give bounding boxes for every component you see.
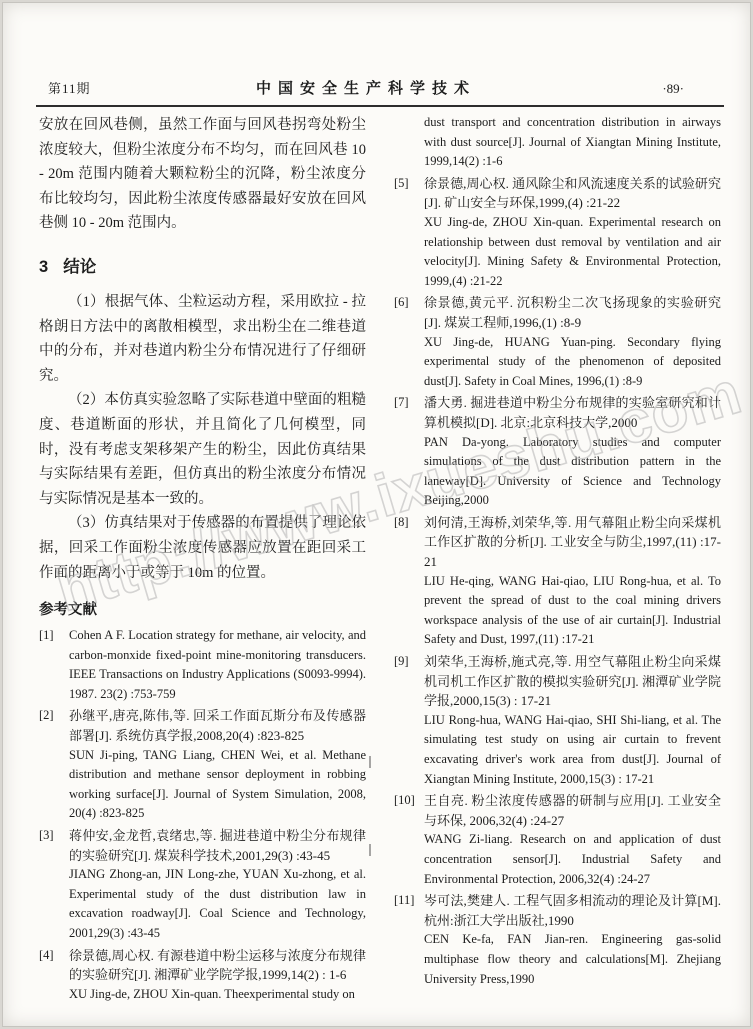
right-column: dust transport and concentration distrib… [394,113,721,1004]
reference-label: [7] [394,393,424,511]
reference-item-6: [6] 徐景德,黄元平. 沉积粉尘二次飞扬现象的实验研究[J]. 煤炭工程师,1… [394,293,721,391]
reference-4-continuation: dust transport and concentration distrib… [424,113,721,172]
issue-number: 第11期 [36,78,178,97]
conclusion-paragraph-3: （3）仿真结果对于传感器的布置提供了理论依据，回采工作面粉尘浓度传感器应放置在距… [39,511,366,585]
reference-item-10: [10] 王自亮. 粉尘浓度传感器的研制与应用[J]. 工业安全与环保, 200… [394,791,721,889]
section-heading: 3 结论 [39,253,366,277]
section-title: 结论 [63,253,96,277]
reference-item-2: [2] 孙继平,唐亮,陈伟,等. 回采工作面瓦斯分布及传感器部署[J]. 系统仿… [39,706,366,824]
reference-label: [5] [394,174,424,292]
reference-item-1: [1] Cohen A F. Location strategy for met… [39,626,366,704]
reference-chinese-text: 孙继平,唐亮,陈伟,等. 回采工作面瓦斯分布及传感器部署[J]. 系统仿真学报,… [69,706,366,745]
reference-item-7: [7] 潘大勇. 掘进巷道中粉尘分布规律的实验室研究和计算机模拟[D]. 北京:… [394,393,721,511]
reference-english-text: JIANG Zhong-an, JIN Long-zhe, YUAN Xu-zh… [69,865,366,943]
reference-item-4: [4] 徐景德,周心权. 有源巷道中粉尘运移与浓度分布规律的实验研究[J]. 湘… [39,946,366,1005]
reference-label: [11] [394,891,424,989]
page-number: ·89· [554,81,724,97]
reference-chinese-text: 刘何清,王海桥,刘荣华,等. 用气幕阻止粉尘向采煤机工作区扩散的分析[J]. 工… [424,513,721,572]
reference-item-9: [9] 刘荣华,王海桥,施式亮,等. 用空气幕阻止粉尘向采煤机司机工作区扩散的模… [394,652,721,789]
reference-english-text: XU Jing-de, ZHOU Xin-quan. Theexperiment… [69,985,366,1005]
reference-english-text: WANG Zi-liang. Research on and applicati… [424,830,721,889]
reference-chinese-text: 徐景德,周心权. 通风除尘和风流速度关系的试验研究[J]. 矿山安全与环保,19… [424,174,721,213]
reference-english-text: LIU He-qing, WANG Hai-qiao, LIU Rong-hua… [424,572,721,650]
conclusion-paragraph-2: （2）本仿真实验忽略了实际巷道中壁面的粗糙度、巷道断面的形状，并且简化了几何模型… [39,388,366,511]
reference-chinese-text: 王自亮. 粉尘浓度传感器的研制与应用[J]. 工业安全与环保, 2006,32(… [424,791,721,830]
reference-label: [8] [394,513,424,650]
scan-artifact-mark [369,844,371,856]
reference-english-text: CEN Ke-fa, FAN Jian-ren. Engineering gas… [424,930,721,989]
reference-english-text: XU Jing-de, ZHOU Xin-quan. Experimental … [424,213,721,291]
reference-chinese-text: 潘大勇. 掘进巷道中粉尘分布规律的实验室研究和计算机模拟[D]. 北京:北京科技… [424,393,721,432]
scan-artifact-mark [369,756,371,768]
reference-english-text: XU Jing-de, HUANG Yuan-ping. Secondary f… [424,333,721,392]
article-body: 安放在回风巷侧，虽然工作面与回风巷拐弯处粉尘浓度较大，但粉尘浓度分布不均匀，而在… [39,113,721,1004]
reference-english-text: PAN Da-yong. Laboratory studies and comp… [424,433,721,511]
conclusion-paragraph-1: （1）根据气体、尘粒运动方程，采用欧拉 - 拉格朗日方法中的离散相模型，求出粉尘… [39,290,366,388]
reference-item-3: [3] 蒋仲安,金龙哲,袁绪忠,等. 掘进巷道中粉尘分布规律的实验研究[J]. … [39,826,366,944]
reference-label: [2] [39,706,69,824]
reference-chinese-text: 徐景德,周心权. 有源巷道中粉尘运移与浓度分布规律的实验研究[J]. 湘潭矿业学… [69,946,366,985]
reference-label: [1] [39,626,69,704]
journal-title: 中国安全生产科学技术 [178,77,554,98]
left-column: 安放在回风巷侧，虽然工作面与回风巷拐弯处粉尘浓度较大，但粉尘浓度分布不均匀，而在… [39,113,366,1004]
reference-chinese-text: 岑可法,樊建人. 工程气固多相流动的理论及计算[M]. 杭州:浙江大学出版社,1… [424,891,721,930]
reference-english-text: Cohen A F. Location strategy for methane… [69,626,366,704]
reference-chinese-text: 蒋仲安,金龙哲,袁绪忠,等. 掘进巷道中粉尘分布规律的实验研究[J]. 煤炭科学… [69,826,366,865]
reference-label: [9] [394,652,424,789]
reference-label: [10] [394,791,424,889]
reference-english-text: SUN Ji-ping, TANG Liang, CHEN Wei, et al… [69,746,366,824]
reference-english-text: LIU Rong-hua, WANG Hai-qiao, SHI Shi-lia… [424,711,721,789]
reference-label: [6] [394,293,424,391]
reference-label: [4] [39,946,69,1005]
reference-chinese-text: 刘荣华,王海桥,施式亮,等. 用空气幕阻止粉尘向采煤机司机工作区扩散的模拟实验研… [424,652,721,711]
section-number: 3 [39,258,48,277]
scanned-paper-page: 第11期 中国安全生产科学技术 ·89· http://www.ixueshu.… [2,2,751,1027]
references-heading: 参考文献 [39,598,366,619]
reference-item-5: [5] 徐景德,周心权. 通风除尘和风流速度关系的试验研究[J]. 矿山安全与环… [394,174,721,292]
reference-item-8: [8] 刘何清,王海桥,刘荣华,等. 用气幕阻止粉尘向采煤机工作区扩散的分析[J… [394,513,721,650]
reference-label: [3] [39,826,69,944]
intro-paragraph: 安放在回风巷侧，虽然工作面与回风巷拐弯处粉尘浓度较大，但粉尘浓度分布不均匀，而在… [39,113,366,236]
reference-item-11: [11] 岑可法,樊建人. 工程气固多相流动的理论及计算[M]. 杭州:浙江大学… [394,891,721,989]
reference-chinese-text: 徐景德,黄元平. 沉积粉尘二次飞扬现象的实验研究[J]. 煤炭工程师,1996,… [424,293,721,332]
page-header: 第11期 中国安全生产科学技术 ·89· [36,77,724,107]
